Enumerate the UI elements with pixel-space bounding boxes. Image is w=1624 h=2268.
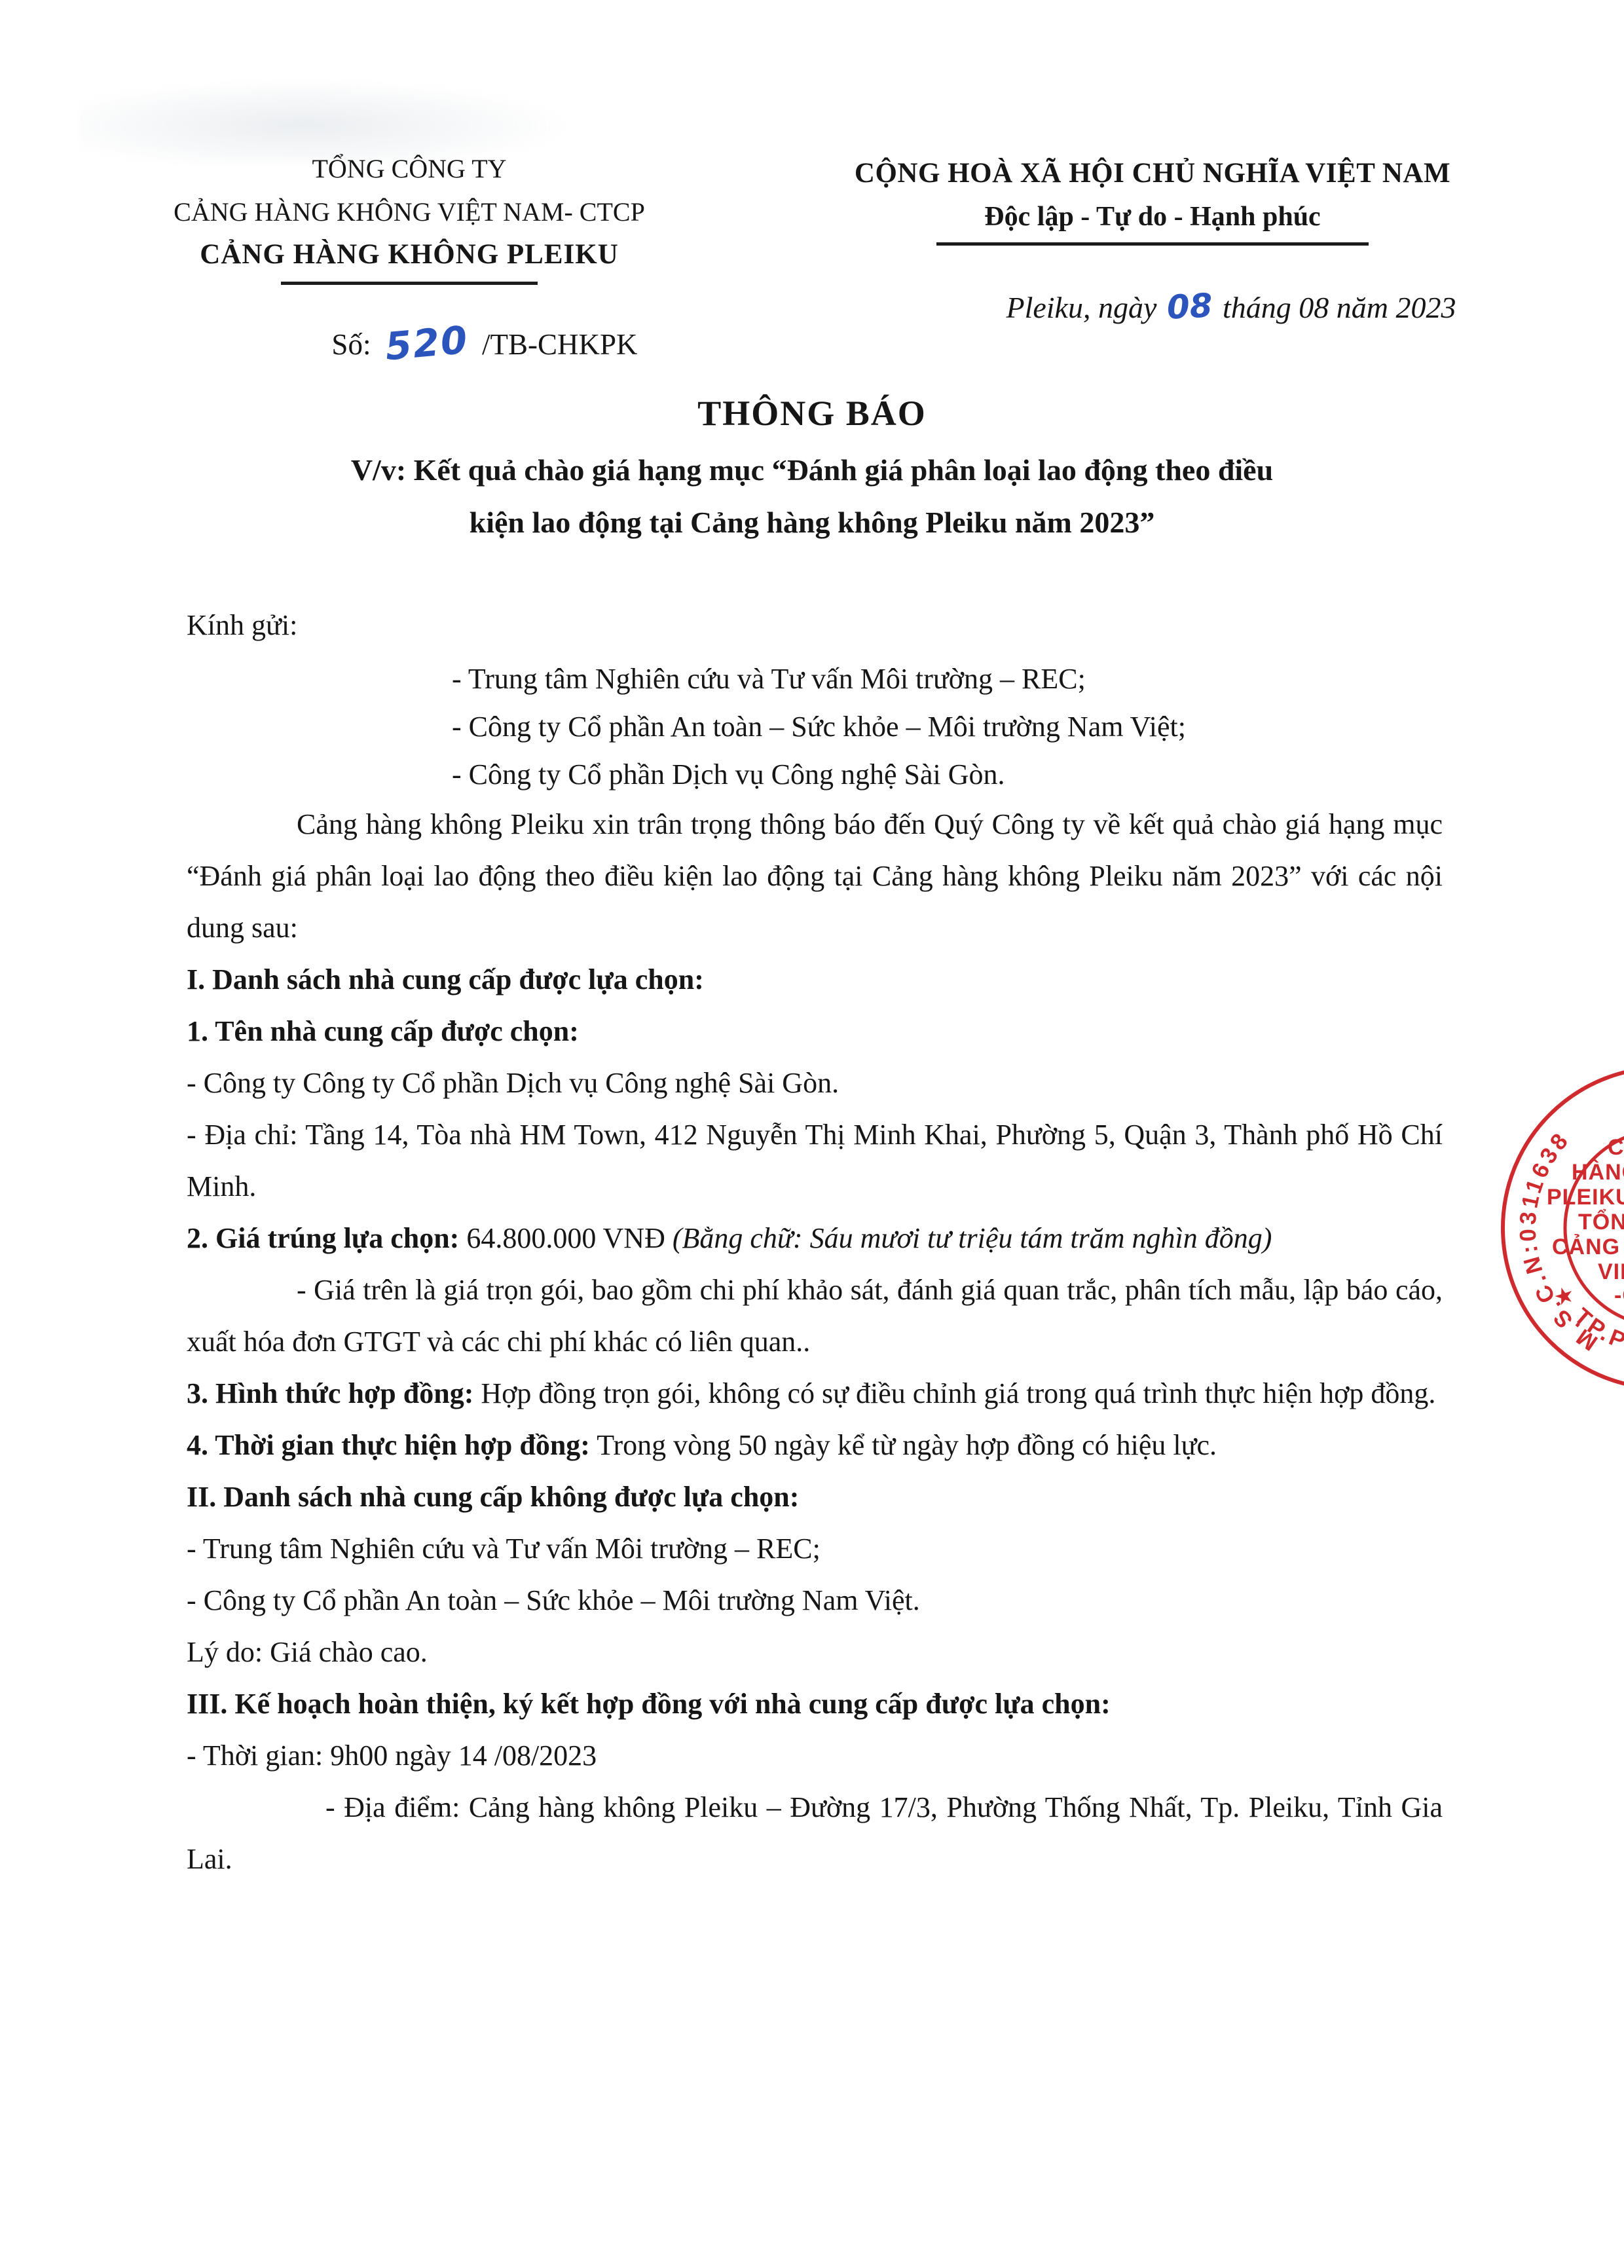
price-value: 64.800.000 VNĐ xyxy=(466,1222,665,1254)
doc-number-suffix: /TB-CHKPK xyxy=(482,328,638,361)
seal-center-line: TỔNG C xyxy=(1578,1210,1624,1235)
intro-paragraph: Cảng hàng không Pleiku xin trân trọng th… xyxy=(187,798,1443,954)
doc-subject: V/v: Kết quả chào giá hạng mục “Đánh giá… xyxy=(183,444,1441,549)
motto-underline xyxy=(936,242,1369,246)
doc-number-label: Số: xyxy=(331,328,371,361)
recipient-item: - Công ty Cổ phần An toàn – Sức khỏe – M… xyxy=(452,703,1443,751)
price-label: 2. Giá trúng lựa chọn: xyxy=(187,1222,459,1254)
unselected-supplier-line: - Công ty Cổ phần An toàn – Sức khỏe – M… xyxy=(187,1574,1443,1626)
seal-center-line: CẢNG HÀ xyxy=(1552,1235,1624,1259)
scan-smudge-artifact xyxy=(79,79,576,164)
contract-form-line: 3. Hình thức hợp đồng: Hợp đồng trọn gói… xyxy=(187,1367,1443,1419)
doc-number-handwritten: 520 xyxy=(377,317,476,370)
price-in-words: (Bằng chữ: Sáu mươi tư triệu tám trăm ng… xyxy=(673,1222,1272,1254)
signing-location-paragraph: - Địa điểm: Cảng hàng không Pleiku – Đườ… xyxy=(187,1781,1443,1885)
contract-duration-label: 4. Thời gian thực hiện hợp đồng: xyxy=(187,1429,590,1461)
issuing-org-block: TỔNG CÔNG TY CẢNG HÀNG KHÔNG VIỆT NAM- C… xyxy=(98,152,720,363)
title-block: THÔNG BÁO V/v: Kết quả chào giá hạng mục… xyxy=(183,393,1441,549)
national-header-block: CỘNG HOÀ XÃ HỘI CHỦ NGHĨA VIỆT NAM Độc l… xyxy=(773,156,1532,325)
doc-subject-line1: V/v: Kết quả chào giá hạng mục “Đánh giá… xyxy=(183,444,1441,496)
contract-form-label: 3. Hình thức hợp đồng: xyxy=(187,1377,473,1409)
recipient-item: - Công ty Cổ phần Dịch vụ Công nghệ Sài … xyxy=(452,751,1443,798)
contract-duration-line: 4. Thời gian thực hiện hợp đồng: Trong v… xyxy=(187,1419,1443,1471)
seal-center-line: -C xyxy=(1614,1283,1624,1308)
seal-center-line: PLEIKU-C xyxy=(1547,1185,1624,1210)
section3-heading: III. Kế hoạch hoàn thiện, ký kết hợp đồn… xyxy=(187,1678,1443,1730)
recipient-item: - Trung tâm Nghiên cứu và Tư vấn Môi trư… xyxy=(452,655,1443,703)
contract-form-text: Hợp đồng trọn gói, không có sự điều chỉn… xyxy=(481,1377,1435,1409)
scanned-document-page: TỔNG CÔNG TY CẢNG HÀNG KHÔNG VIỆT NAM- C… xyxy=(0,0,1624,2268)
org-parent-line: TỔNG CÔNG TY xyxy=(98,152,720,186)
org-underline xyxy=(281,282,538,285)
section2-heading: II. Danh sách nhà cung cấp không được lự… xyxy=(187,1471,1443,1523)
doc-title: THÔNG BÁO xyxy=(183,393,1441,434)
signing-time-line: - Thời gian: 9h00 ngày 14 /08/2023 xyxy=(187,1730,1443,1781)
issue-date-prefix: Pleiku, ngày xyxy=(1006,291,1156,324)
seal-center-line: VIỆT xyxy=(1598,1259,1624,1284)
salutation-label: Kính gửi: xyxy=(187,599,1443,651)
winning-price-line: 2. Giá trúng lựa chọn: 64.800.000 VNĐ (B… xyxy=(187,1212,1443,1264)
doc-number-line: Số: 520 /TB-CHKPK xyxy=(174,319,796,363)
issue-date-line: Pleiku, ngày 08 tháng 08 năm 2023 xyxy=(851,288,1611,325)
doc-subject-line2: kiện lao động tại Cảng hàng không Pleiku… xyxy=(183,496,1441,549)
document-body: Kính gửi: - Trung tâm Nghiên cứu và Tư v… xyxy=(187,599,1443,1885)
red-seal-stamp: M.S.C.N:0311638 ★ TP.PLEIKU CẢ HÀNG K PL… xyxy=(1493,1058,1624,1402)
price-note-paragraph: - Giá trên là giá trọn gói, bao gồm chi … xyxy=(187,1264,1443,1367)
rejection-reason-line: Lý do: Giá chào cao. xyxy=(187,1626,1443,1678)
contract-duration-text: Trong vòng 50 ngày kể từ ngày hợp đồng c… xyxy=(597,1429,1217,1461)
recipient-list: - Trung tâm Nghiên cứu và Tư vấn Môi trư… xyxy=(452,655,1443,798)
section1-heading: I. Danh sách nhà cung cấp được lựa chọn: xyxy=(187,954,1443,1005)
org-company-line: CẢNG HÀNG KHÔNG VIỆT NAM- CTCP xyxy=(98,195,720,229)
org-unit-line: CẢNG HÀNG KHÔNG PLEIKU xyxy=(98,237,720,272)
issue-date-day-handwritten: 08 xyxy=(1163,286,1216,327)
issue-date-suffix: tháng 08 năm 2023 xyxy=(1223,291,1456,324)
seal-center-line: HÀNG K xyxy=(1572,1160,1624,1185)
selected-supplier-line: - Công ty Công ty Cổ phần Dịch vụ Công n… xyxy=(187,1057,1443,1109)
national-title: CỘNG HOÀ XÃ HỘI CHỦ NGHĨA VIỆT NAM xyxy=(773,156,1532,191)
section1-sub-heading: 1. Tên nhà cung cấp được chọn: xyxy=(187,1005,1443,1057)
unselected-supplier-line: - Trung tâm Nghiên cứu và Tư vấn Môi trư… xyxy=(187,1523,1443,1574)
supplier-address-line: - Địa chỉ: Tầng 14, Tòa nhà HM Town, 412… xyxy=(187,1109,1443,1212)
seal-center-line: CẢ xyxy=(1608,1135,1624,1160)
seal-graphic: M.S.C.N:0311638 ★ TP.PLEIKU CẢ HÀNG K PL… xyxy=(1493,1058,1624,1402)
national-motto: Độc lập - Tự do - Hạnh phúc xyxy=(773,199,1532,234)
